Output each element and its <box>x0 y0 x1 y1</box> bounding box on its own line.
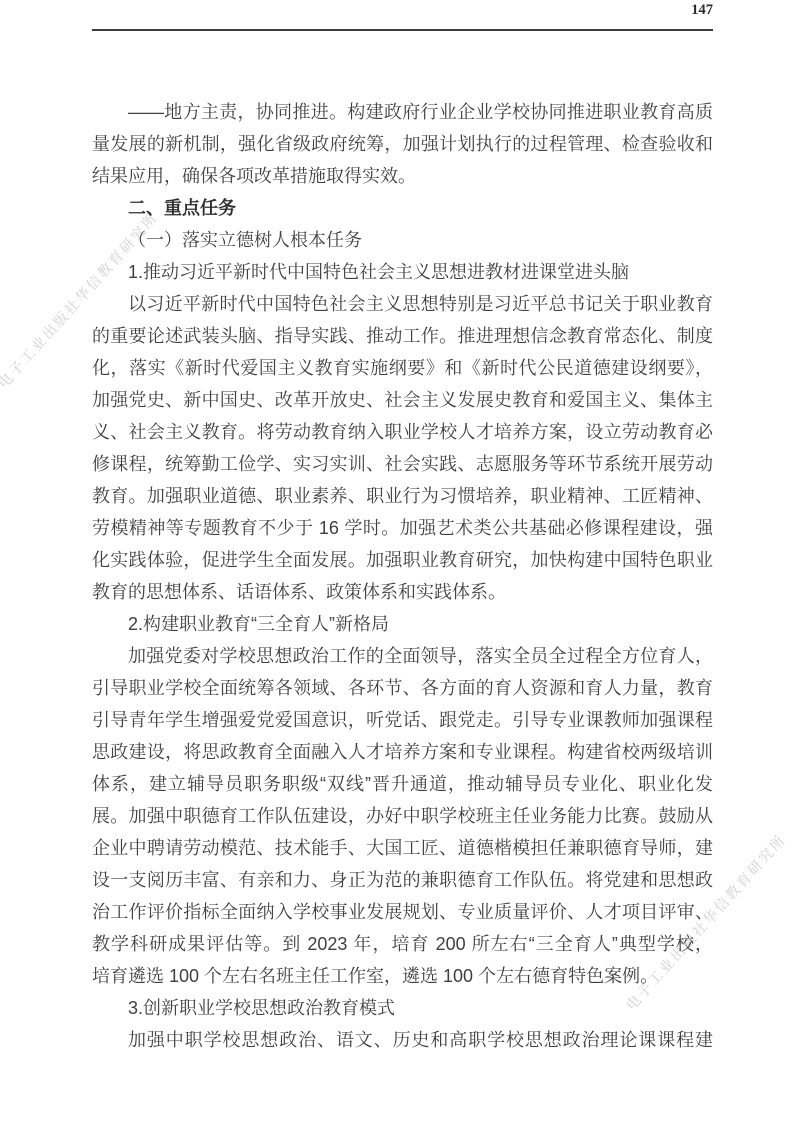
text-line: 量发展的新机制，强化省级政府统筹，加强计划执行的过程管理、检查验收和 <box>92 128 713 160</box>
text-line: 设一支阅历丰富、有亲和力、身正为范的兼职德育工作队伍。将党建和思想政 <box>92 864 713 896</box>
page-number: 147 <box>92 2 713 19</box>
text-line: 化实践体验，促进学生全面发展。加强职业教育研究，加快构建中国特色职业 <box>92 544 713 576</box>
heading-line: 二、重点任务 <box>92 192 713 224</box>
text-line: 义、社会主义教育。将劳动教育纳入职业学校人才培养方案，设立劳动教育必 <box>92 416 713 448</box>
text-line: ——地方主责，协同推进。构建政府行业企业学校协同推进职业教育高质 <box>92 96 713 128</box>
text-line: 体系，建立辅导员职务职级“双线”晋升通道，推动辅导员专业化、职业化发 <box>92 768 713 800</box>
text-line: 引导职业学校全面统筹各领域、各环节、各方面的育人资源和育人力量，教育 <box>92 672 713 704</box>
text-line: 加强中职学校思想政治、语文、历史和高职学校思想政治理论课课程建 <box>92 1024 713 1056</box>
document-body: ——地方主责，协同推进。构建政府行业企业学校协同推进职业教育高质量发展的新机制，… <box>92 96 713 1056</box>
text-line: 3.创新职业学校思想政治教育模式 <box>92 992 713 1024</box>
text-line: （一）落实立德树人根本任务 <box>92 224 713 256</box>
header-rule <box>92 29 713 31</box>
text-line: 1.推动习近平新时代中国特色社会主义思想进教材进课堂进头脑 <box>92 256 713 288</box>
text-line: 教育的思想体系、话语体系、政策体系和实践体系。 <box>92 576 713 608</box>
text-line: 劳模精神等专题教育不少于 16 学时。加强艺术类公共基础必修课程建设，强 <box>92 512 713 544</box>
text-line: 治工作评价指标全面纳入学校事业发展规划、专业质量评价、人才项目评审、 <box>92 896 713 928</box>
text-line: 化，落实《新时代爱国主义教育实施纲要》和《新时代公民道德建设纲要》， <box>92 352 713 384</box>
text-line: 展。加强中职德育工作队伍建设，办好中职学校班主任业务能力比赛。鼓励从 <box>92 800 713 832</box>
text-line: 2.构建职业教育“三全育人”新格局 <box>92 608 713 640</box>
text-line: 的重要论述武装头脑、指导实践、推动工作。推进理想信念教育常态化、制度 <box>92 320 713 352</box>
text-line: 教育。加强职业道德、职业素养、职业行为习惯培养，职业精神、工匠精神、 <box>92 480 713 512</box>
text-line: 培育遴选 100 个左右名班主任工作室，遴选 100 个左右德育特色案例。 <box>92 960 713 992</box>
text-line: 引导青年学生增强爱党爱国意识，听党话、跟党走。引导专业课教师加强课程 <box>92 704 713 736</box>
text-line: 思政建设，将思政教育全面融入人才培养方案和专业课程。构建省校两级培训 <box>92 736 713 768</box>
text-line: 修课程，统筹勤工俭学、实习实训、社会实践、志愿服务等环节系统开展劳动 <box>92 448 713 480</box>
text-line: 结果应用，确保各项改革措施取得实效。 <box>92 160 713 192</box>
document-page: 147 电子工业出版社华信教育研究所 电子工业出版社华信教育研究所 ——地方主责… <box>0 0 793 1122</box>
text-line: 加强党史、新中国史、改革开放史、社会主义发展史教育和爱国主义、集体主 <box>92 384 713 416</box>
text-line: 教学科研成果评估等。到 2023 年，培育 200 所左右“三全育人”典型学校， <box>92 928 713 960</box>
text-line: 以习近平新时代中国特色社会主义思想特别是习近平总书记关于职业教育 <box>92 288 713 320</box>
text-line: 加强党委对学校思想政治工作的全面领导，落实全员全过程全方位育人， <box>92 640 713 672</box>
text-line: 企业中聘请劳动模范、技术能手、大国工匠、道德楷模担任兼职德育导师，建 <box>92 832 713 864</box>
